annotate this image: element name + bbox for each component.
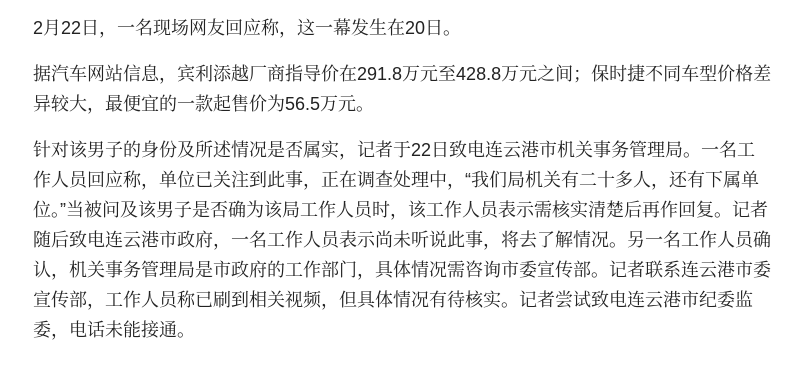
- paragraph-reporter-calls: 针对该男子的身份及所述情况是否属实，记者于22日致电连云港市机关事务管理局。一名…: [33, 135, 773, 345]
- paragraph-date-response: 2月22日，一名现场网友回应称，这一幕发生在20日。: [33, 13, 773, 43]
- article-body: 2月22日，一名现场网友回应称，这一幕发生在20日。 据汽车网站信息，宾利添越厂…: [0, 0, 800, 345]
- paragraph-car-prices: 据汽车网站信息，宾利添越厂商指导价在291.8万元至428.8万元之间；保时捷不…: [33, 59, 773, 119]
